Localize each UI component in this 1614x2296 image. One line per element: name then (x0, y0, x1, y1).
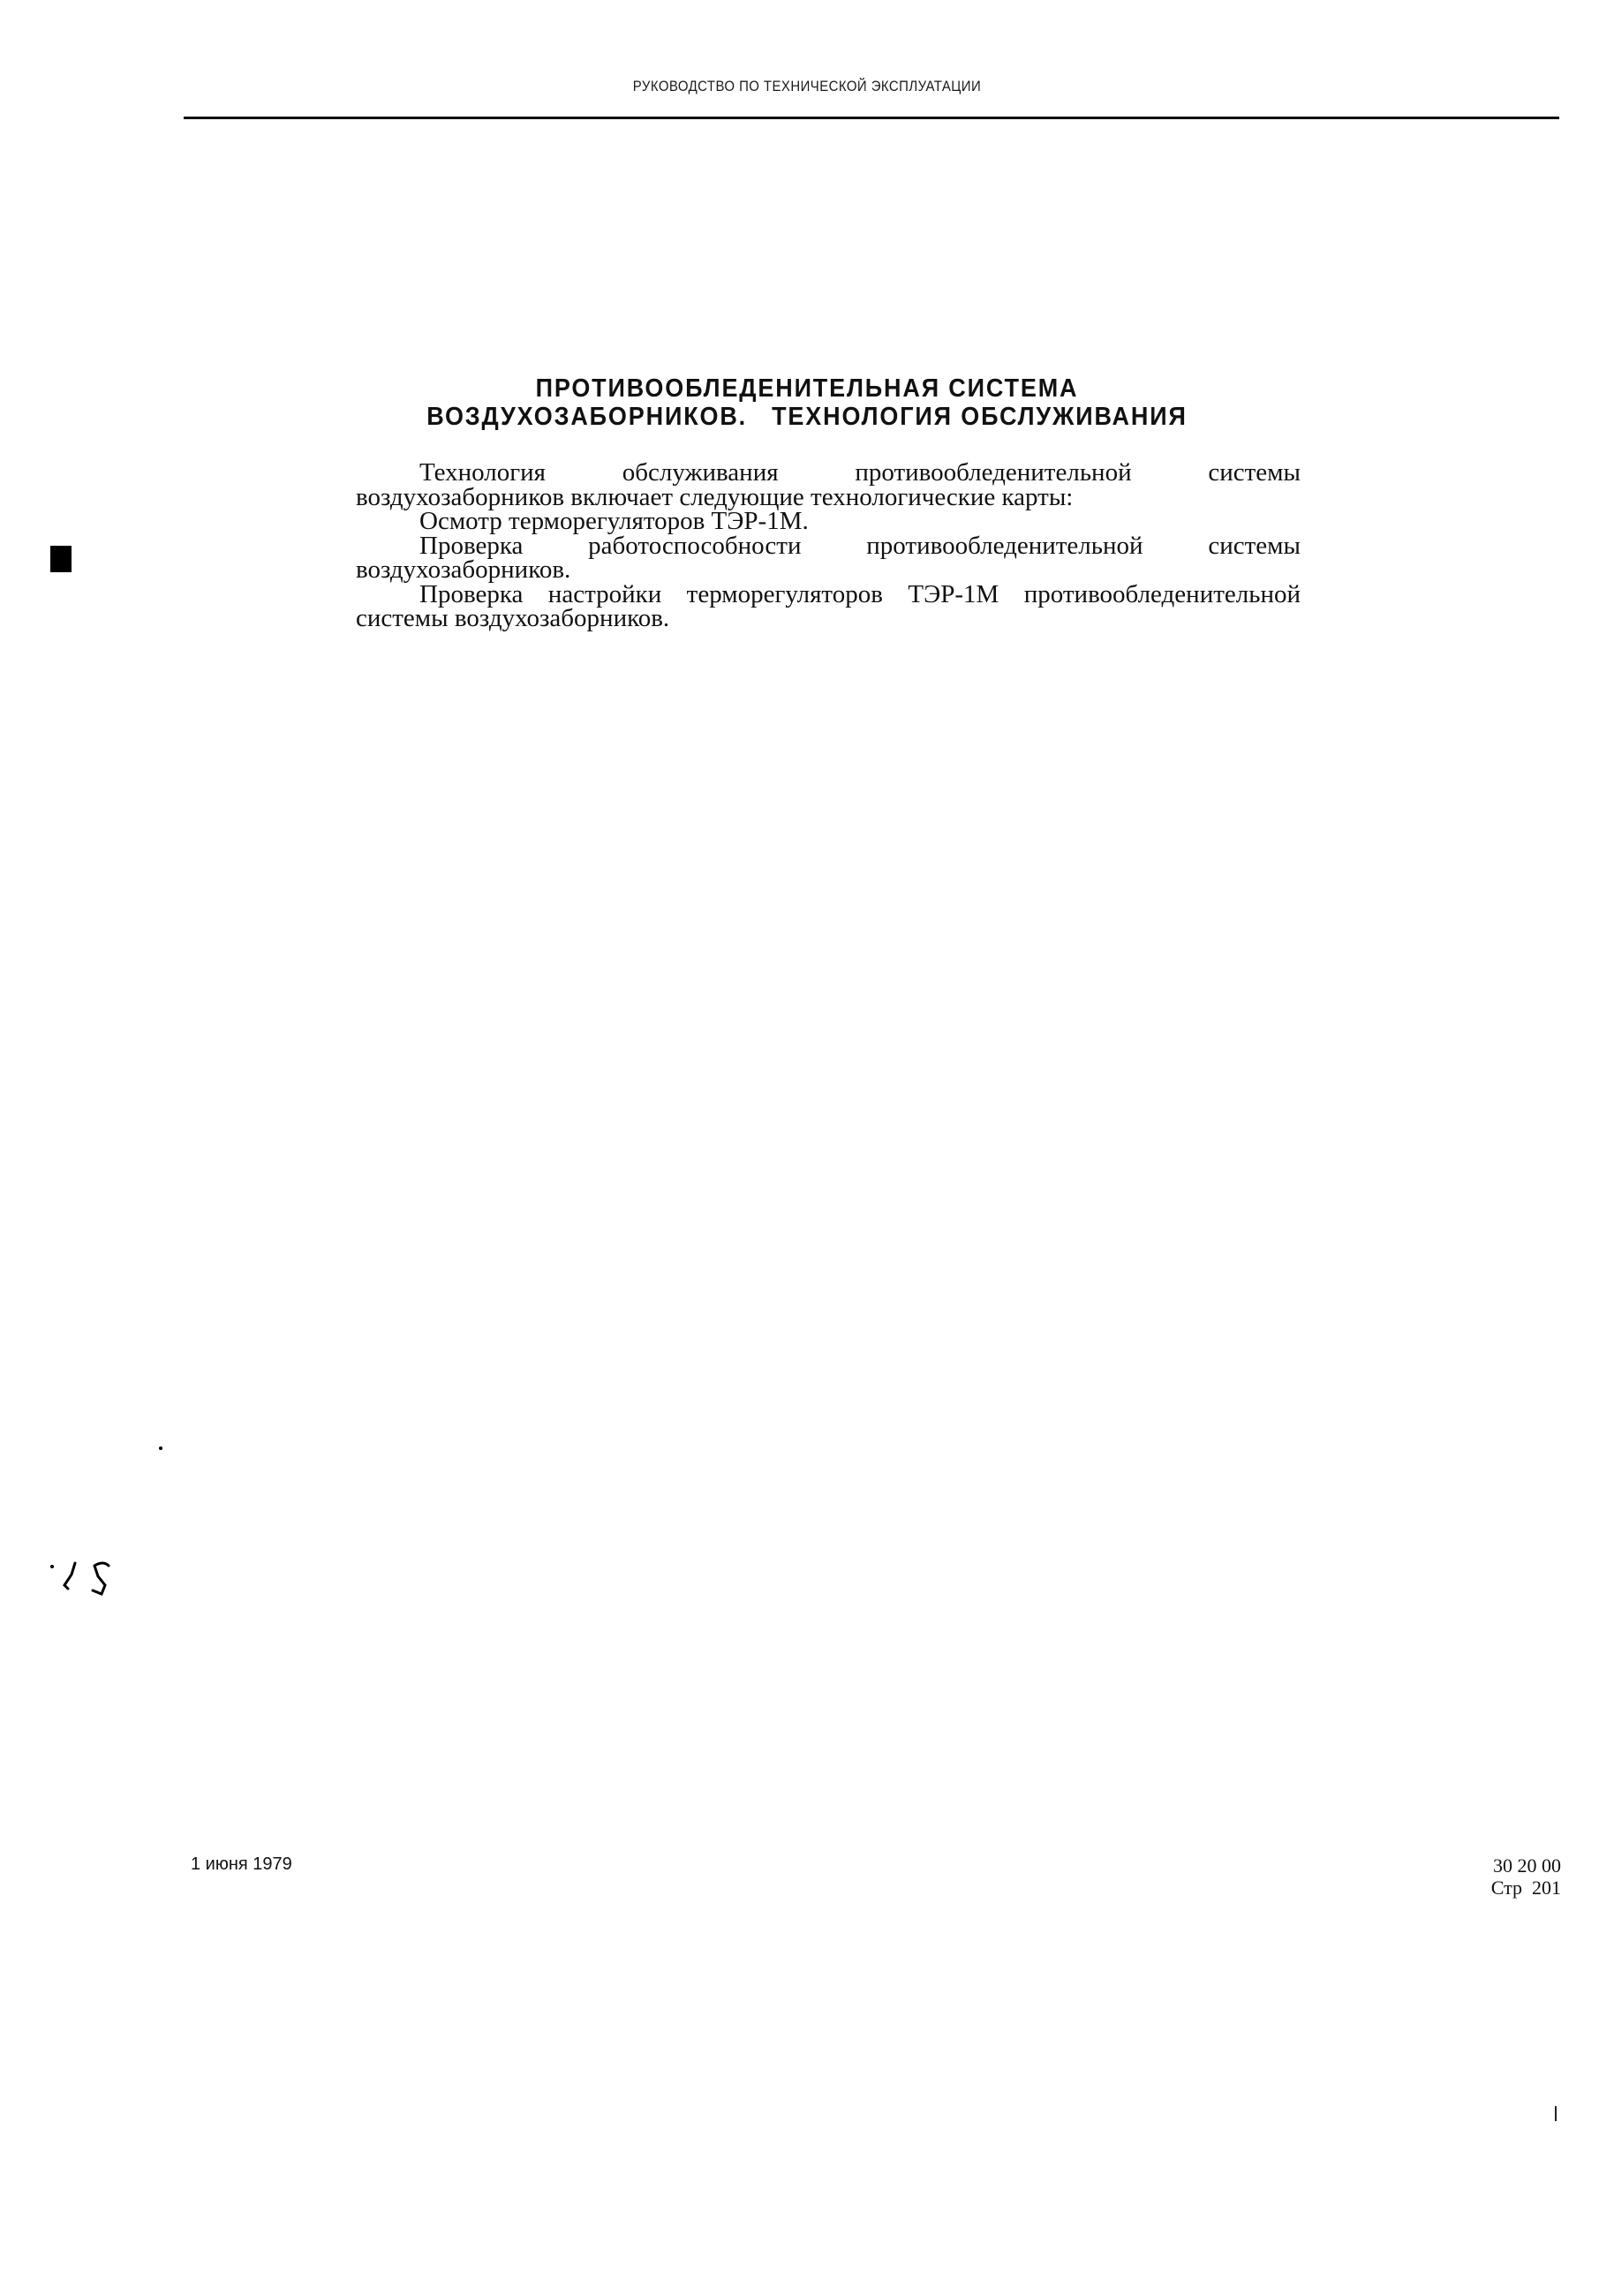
margin-change-bar (50, 546, 72, 572)
document-title: ПРОТИВООБЛЕДЕНИТЕЛЬНАЯ СИСТЕМА ВОЗДУХОЗА… (57, 374, 1557, 431)
page-number: Стр 201 (1448, 1877, 1561, 1899)
running-header: РУКОВОДСТВО ПО ТЕХНИЧЕСКОЙ ЭКСПЛУАТАЦИИ (97, 78, 1518, 95)
paragraph-intro: Технология обслуживания противообледенит… (356, 461, 1301, 510)
handwritten-mark (49, 1559, 119, 1603)
title-line-1: ПРОТИВООБЛЕДЕНИТЕЛЬНАЯ СИСТЕМА (57, 374, 1557, 403)
paragraph-item-2: Проверка работоспособности противообледе… (356, 534, 1301, 583)
corner-mark (1555, 2106, 1557, 2121)
paragraph-item-1: Осмотр терморегуляторов ТЭР-1М. (356, 510, 1301, 534)
title-line-2: ВОЗДУХОЗАБОРНИКОВ. ТЕХНОЛОГИЯ ОБСЛУЖИВАН… (57, 403, 1557, 431)
section-code: 30 20 00 (1448, 1854, 1561, 1877)
paragraph-item-3: Проверка настройки терморегуляторов ТЭР-… (356, 583, 1301, 631)
footer-date: 1 июня 1979 (191, 1854, 292, 1875)
scan-dot (159, 1446, 162, 1450)
footer-page-info: 30 20 00 Стр 201 (1448, 1854, 1561, 1899)
header-rule (184, 117, 1559, 119)
document-body: Технология обслуживания противообледенит… (356, 461, 1301, 631)
